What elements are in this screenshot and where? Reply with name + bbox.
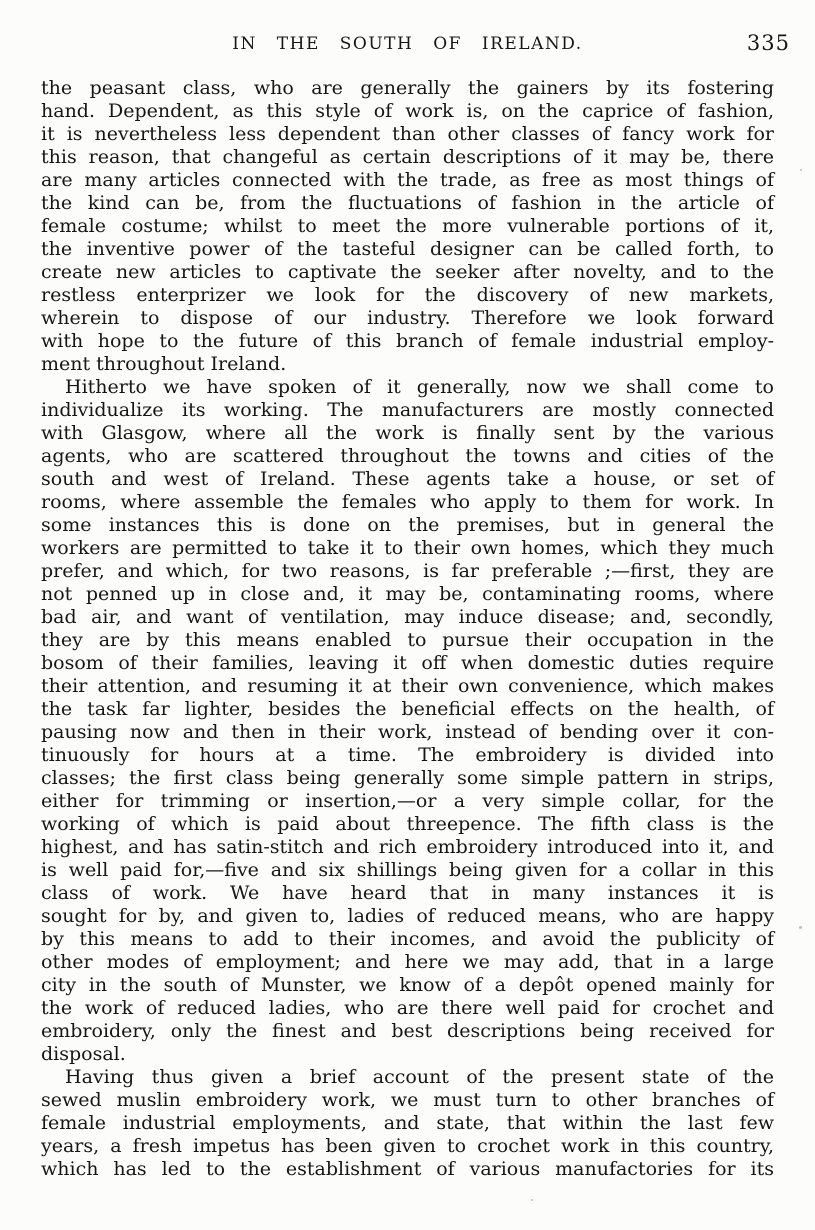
text-line: tinuously for hours at a time. The embro… <box>41 744 774 767</box>
text-line: bosom of their families, leaving it off … <box>41 652 774 675</box>
text-line: not penned up in close and, it may be, c… <box>41 583 774 606</box>
scan-artifact <box>799 926 802 929</box>
text-line: they are by this means enabled to pursue… <box>41 629 774 652</box>
page-number: 335 <box>747 31 790 55</box>
text-line: female costume; whilst to meet the more … <box>41 215 774 238</box>
running-title: IN THE SOUTH OF IRELAND. <box>41 34 774 54</box>
text-line: bad air, and want of ventilation, may in… <box>41 606 774 629</box>
text-line: workers are permitted to take it to thei… <box>41 537 774 560</box>
scan-artifact <box>531 1199 533 1201</box>
text-line: Hitherto we have spoken of it generally,… <box>41 376 774 399</box>
text-line: other modes of employment; and here we m… <box>41 951 774 974</box>
text-line: classes; the first class being generally… <box>41 767 774 790</box>
text-line: working of which is paid about threepenc… <box>41 813 774 836</box>
text-line: restless enterprizer we look for the dis… <box>41 284 774 307</box>
text-line: pausing now and then in their work, inst… <box>41 721 774 744</box>
text-line: by this means to add to their incomes, a… <box>41 928 774 951</box>
text-line: create new articles to captivate the see… <box>41 261 774 284</box>
text-line: Having thus given a brief account of the… <box>41 1066 774 1089</box>
text-line: the kind can be, from the fluctuations o… <box>41 192 774 215</box>
text-line: ment throughout Ireland. <box>41 353 774 376</box>
text-line: are many articles connected with the tra… <box>41 169 774 192</box>
text-line: is well paid for,—five and six shillings… <box>41 859 774 882</box>
text-line: south and west of Ireland. These agents … <box>41 468 774 491</box>
text-line: class of work. We have heard that in man… <box>41 882 774 905</box>
paragraph: Hitherto we have spoken of it generally,… <box>41 376 774 1066</box>
text-line: city in the south of Munster, we know of… <box>41 974 774 997</box>
text-line: prefer, and which, for two reasons, is f… <box>41 560 774 583</box>
text-line: highest, and has satin-stitch and rich e… <box>41 836 774 859</box>
text-line: the inventive power of the tasteful desi… <box>41 238 774 261</box>
text-line: years, a fresh impetus has been given to… <box>41 1135 774 1158</box>
paragraph: Having thus given a brief account of the… <box>41 1066 774 1181</box>
paragraph: the peasant class, who are generally the… <box>41 77 774 376</box>
text-line: sought for by, and given to, ladies of r… <box>41 905 774 928</box>
text-line: this reason, that changeful as certain d… <box>41 146 774 169</box>
text-line: the task far lighter, besides the benefi… <box>41 698 774 721</box>
text-line: rooms, where assemble the females who ap… <box>41 491 774 514</box>
text-line: disposal. <box>41 1043 774 1066</box>
text-line: the work of reduced ladies, who are ther… <box>41 997 774 1020</box>
text-line: agents, who are scattered throughout the… <box>41 445 774 468</box>
text-body: the peasant class, who are generally the… <box>41 77 774 1181</box>
text-line: individualize its working. The manufactu… <box>41 399 774 422</box>
text-line: the peasant class, who are generally the… <box>41 77 774 100</box>
text-line: wherein to dispose of our industry. Ther… <box>41 307 774 330</box>
book-page: IN THE SOUTH OF IRELAND. 335 the peasant… <box>0 0 815 1230</box>
text-line: which has led to the establishment of va… <box>41 1158 774 1181</box>
text-line: some instances this is done on the premi… <box>41 514 774 537</box>
scan-artifact <box>800 169 802 171</box>
text-line: hand. Dependent, as this style of work i… <box>41 100 774 123</box>
page-header: IN THE SOUTH OF IRELAND. 335 <box>41 34 774 58</box>
text-line: with Glasgow, where all the work is fina… <box>41 422 774 445</box>
text-line: embroidery, only the finest and best des… <box>41 1020 774 1043</box>
text-line: it is nevertheless less dependent than o… <box>41 123 774 146</box>
text-line: with hope to the future of this branch o… <box>41 330 774 353</box>
text-line: either for trimming or insertion,—or a v… <box>41 790 774 813</box>
text-line: their attention, and resuming it at thei… <box>41 675 774 698</box>
text-line: female industrial employments, and state… <box>41 1112 774 1135</box>
text-line: sewed muslin embroidery work, we must tu… <box>41 1089 774 1112</box>
